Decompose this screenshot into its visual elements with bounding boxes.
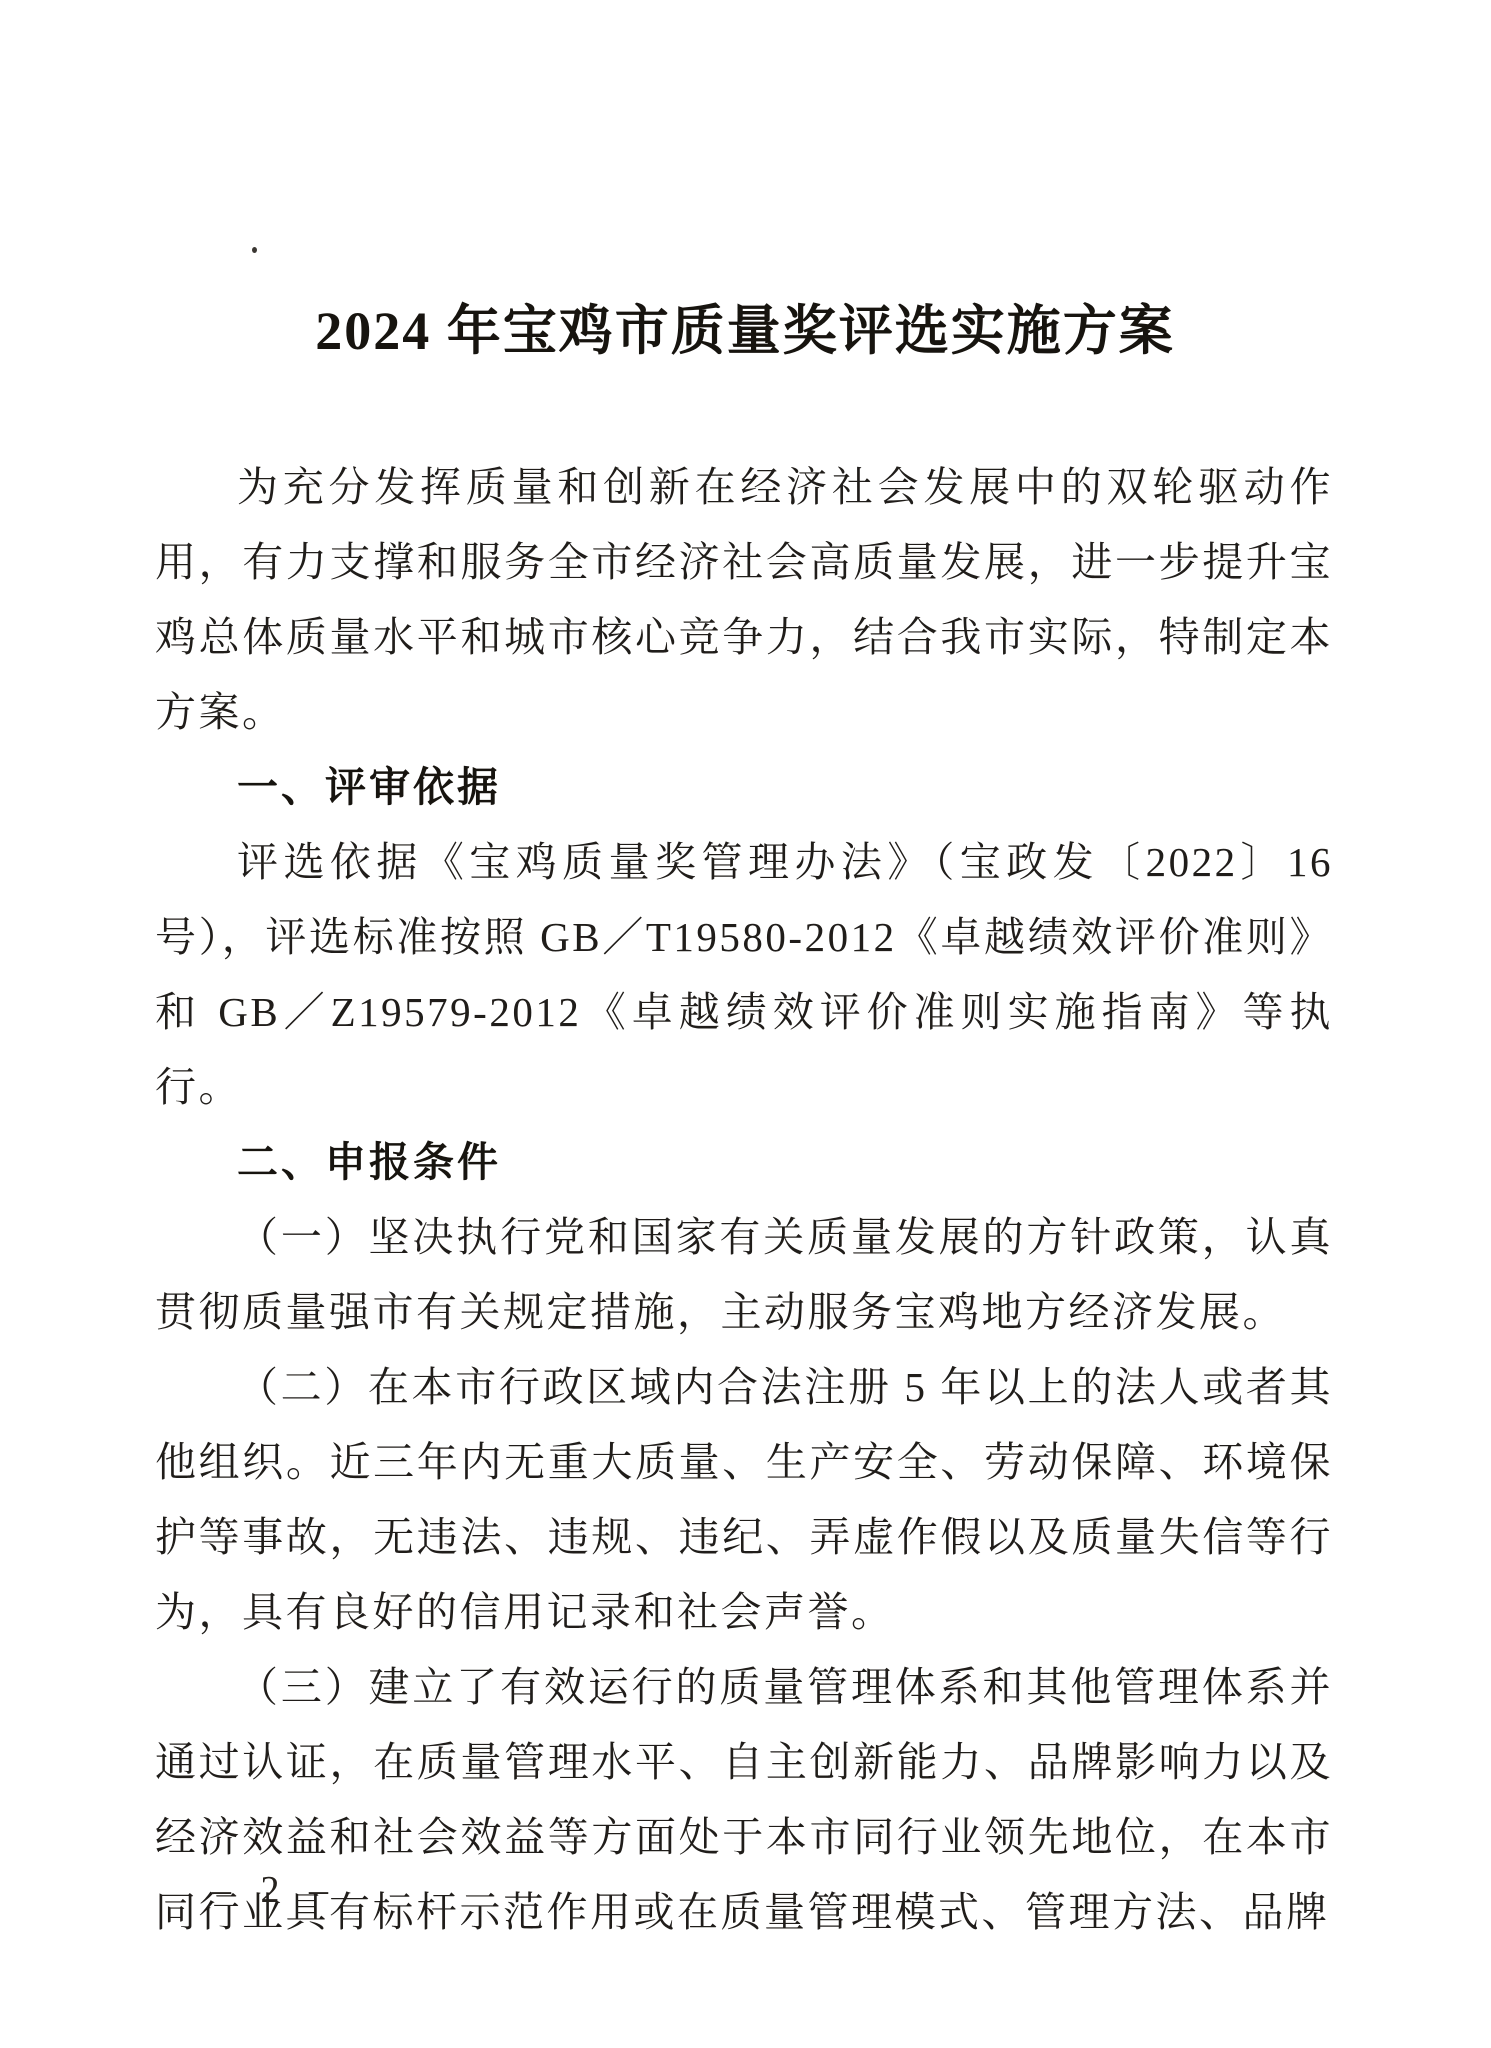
document-title: 2024 年宝鸡市质量奖评选实施方案 [120, 288, 1370, 365]
paragraph-intro: 为充分发挥质量和创新在经济社会发展中的双轮驱动作用，有力支撑和服务全市经济社会高… [155, 450, 1333, 750]
page-number: – 2 – [212, 1868, 338, 1912]
paragraph-condition-1: （一）坚决执行党和国家有关质量发展的方针政策，认真贯彻质量强市有关规定措施，主动… [155, 1200, 1333, 1350]
paragraph-review-basis: 评选依据《宝鸡质量奖管理办法》（宝政发〔2022〕16 号），评选标准按照 GB… [155, 825, 1333, 1125]
paragraph-condition-2: （二）在本市行政区域内合法注册 5 年以上的法人或者其他组织。近三年内无重大质量… [155, 1350, 1333, 1650]
scanned-document-page: 2024 年宝鸡市质量奖评选实施方案 为充分发挥质量和创新在经济社会发展中的双轮… [0, 0, 1491, 2048]
document-body: 为充分发挥质量和创新在经济社会发展中的双轮驱动作用，有力支撑和服务全市经济社会高… [155, 450, 1333, 1950]
section-heading-review-basis: 一、评审依据 [155, 750, 1333, 825]
section-heading-application-conditions: 二、申报条件 [155, 1125, 1333, 1200]
scan-speck [252, 247, 257, 253]
